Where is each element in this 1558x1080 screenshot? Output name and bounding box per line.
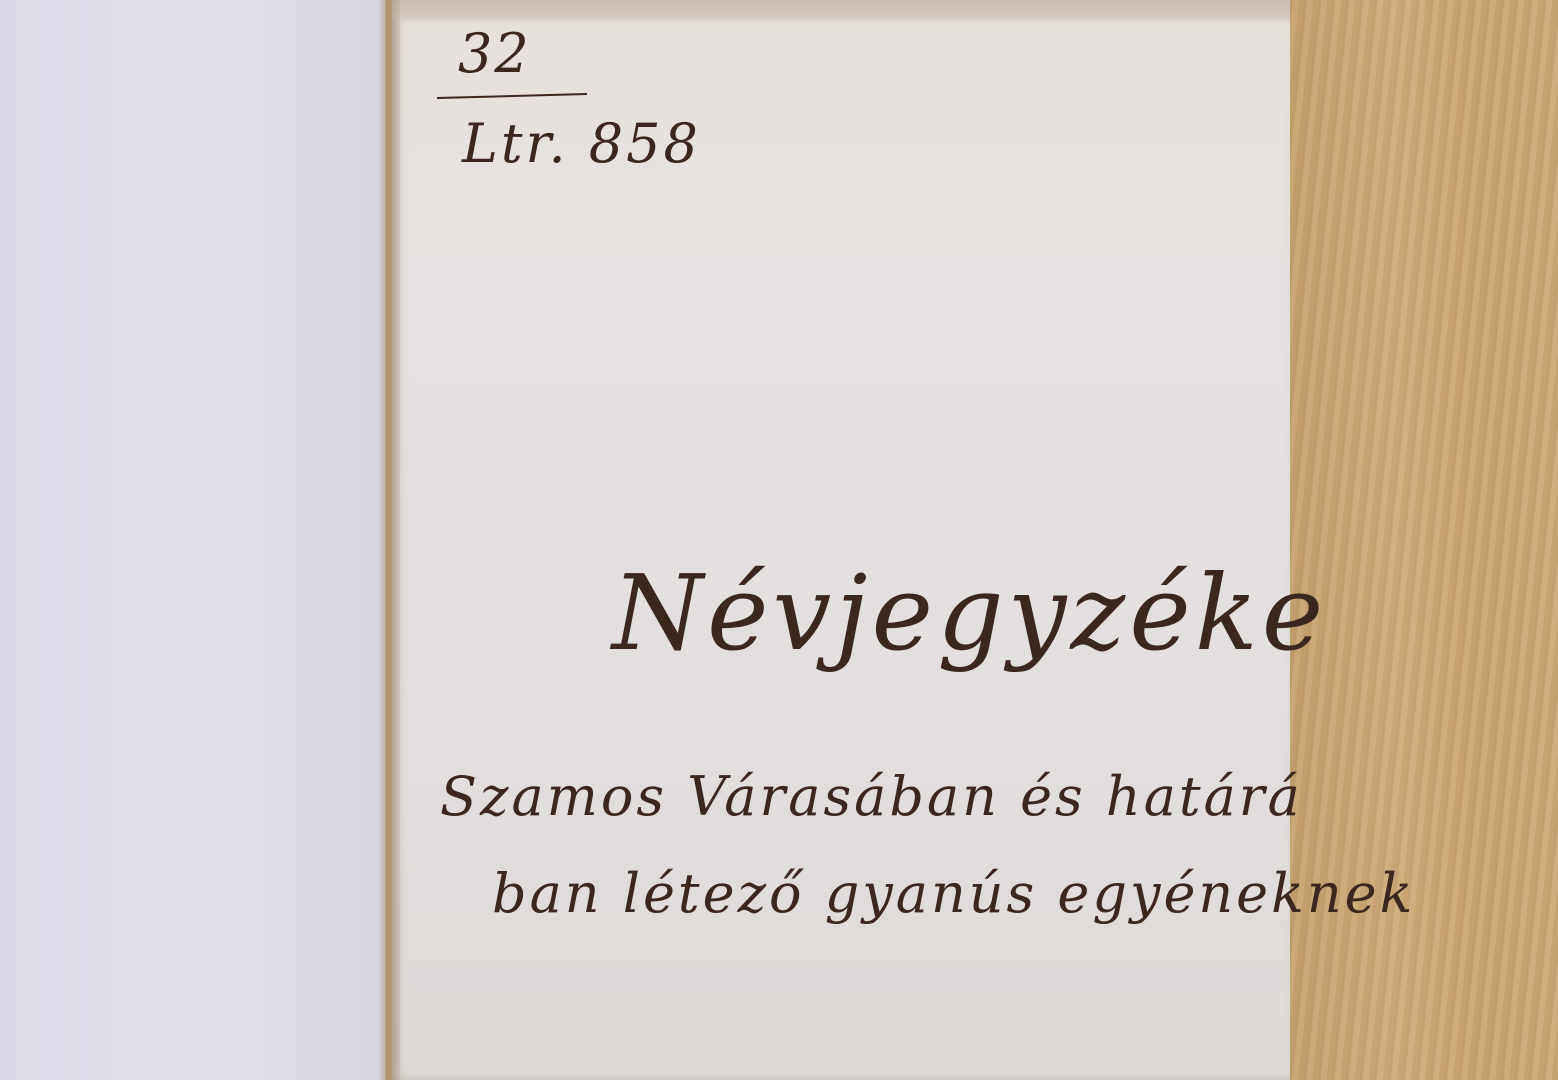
page-top-fold [392,0,1290,24]
shelf-mark-reference: Ltr. 858 [462,112,701,175]
subtitle-line-2: ban létező gyanús egyéneknek [492,862,1415,925]
left-blank-page [0,0,385,1080]
shelf-mark-number: 32 [458,22,531,85]
book-gutter [378,0,400,1080]
subtitle-line-1: Szamos Várasában és határá [440,765,1303,828]
document-title: Névjegyzéke [612,552,1327,674]
